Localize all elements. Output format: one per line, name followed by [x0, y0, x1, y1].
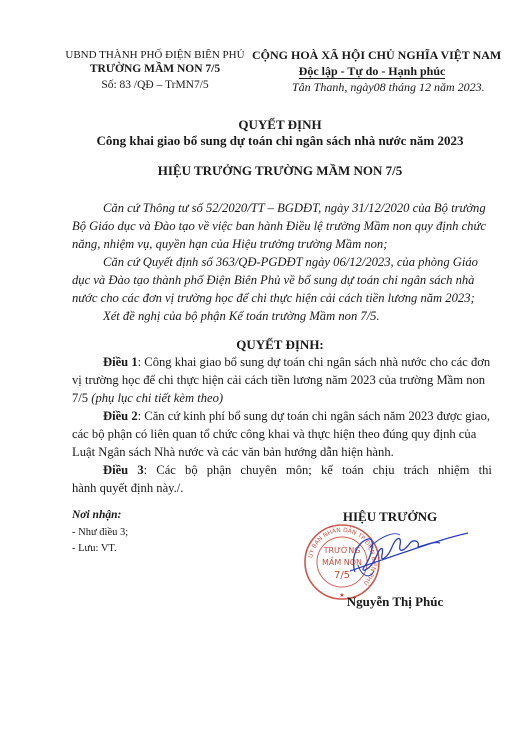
national-motto: Độc lập - Tự do - Hạnh phúc [252, 64, 492, 79]
motto-text: Độc lập - Tự do - Hạnh phúc [299, 64, 446, 79]
article-text: : Các bộ phận chuyên môn; kế toán chịu t… [144, 463, 492, 477]
article-label: Điều 2 [103, 409, 138, 423]
preamble-line: Bộ Giáo dục và Đào tạo về việc ban hành … [72, 219, 486, 234]
preamble-line: dục và Đào tạo thành phố Điện Biên Phủ v… [72, 273, 474, 288]
preamble-line: Căn cứ Thông tư số 52/2020/TT – BGDĐT, n… [103, 201, 486, 216]
preamble-line: Căn cứ Quyết định số 363/QĐ-PGDĐT ngày 0… [103, 255, 478, 270]
preamble-line: năng, nhiệm vụ, quyền hạn của Hiệu trưởn… [72, 237, 387, 252]
document-number: Số: 83 /QĐ – TrMN7/5 [60, 79, 250, 91]
article-3: Điều 3: Các bộ phận chuyên môn; kế toán … [103, 463, 492, 478]
article-line: Luật Ngân sách Nhà nước và các văn bản h… [72, 445, 394, 460]
article-1: Điều 1: Công khai giao bổ sung dự toán c… [103, 355, 490, 370]
article-text: 7/5 [72, 391, 91, 405]
article-line: hành quyết định này./. [72, 481, 183, 496]
article-label: Điều 3 [103, 463, 144, 477]
preamble-line: nước cho các đơn vị trường học để chi th… [72, 291, 475, 306]
article-line: các bộ phận có liên quan tổ chức công kh… [72, 427, 476, 442]
article-line: vị trường học để chi thực hiện cải cách … [72, 373, 485, 388]
stamp-center-text: 7/5 [334, 570, 350, 581]
article-line: 7/5 (phụ lục chi tiết kèm theo) [72, 391, 223, 406]
article-text: : Công khai giao bổ sung dự toán chi ngâ… [138, 355, 491, 369]
document-title: QUYẾT ĐỊNH [0, 117, 514, 133]
document-subtitle: Công khai giao bổ sung dự toán chi ngân … [0, 133, 514, 149]
article-text: : Căn cứ kinh phí bổ sung dự toán chi ng… [138, 409, 490, 423]
article-note: (phụ lục chi tiết kèm theo) [91, 391, 223, 405]
signer-name: Nguyễn Thị Phúc [330, 594, 460, 610]
nation-name: CỘNG HOÀ XÃ HỘI CHỦ NGHĨA VIỆT NAM [252, 48, 492, 63]
handwritten-signature-icon [350, 527, 470, 587]
recipient-item: - Như điều 3; [72, 527, 128, 538]
article-label: Điều 1 [103, 355, 138, 369]
article-2: Điều 2: Căn cứ kinh phí bổ sung dự toán … [103, 409, 490, 424]
school-name: TRƯỜNG MẦM NON 7/5 [60, 63, 250, 75]
recipient-item: - Lưu: VT. [72, 543, 117, 554]
decision-heading: QUYẾT ĐỊNH: [0, 337, 514, 353]
issuing-authority: HIỆU TRƯỞNG TRƯỜNG MẦM NON 7/5 [0, 163, 514, 179]
recipients-title: Nơi nhận: [72, 509, 121, 521]
issuing-agency: UBND THÀNH PHỐ ĐIỆN BIÊN PHỦ [60, 49, 250, 61]
place-date: Tân Thanh, ngày08 tháng 12 năm 2023. [292, 80, 485, 95]
preamble-line: Xét đề nghị của bộ phận Kế toán trường M… [103, 309, 380, 324]
